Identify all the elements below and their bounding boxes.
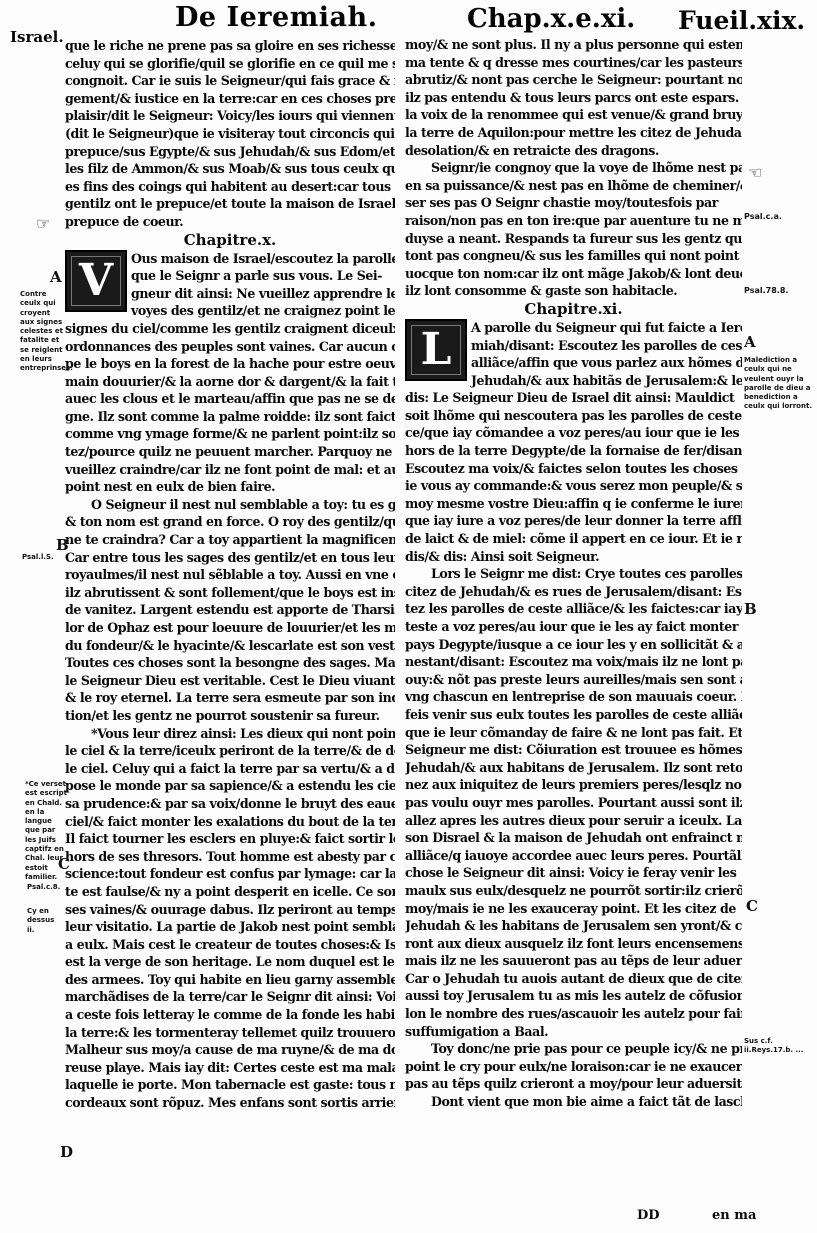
text-line: Toy donc/ne prie pas pour ce peuple icy/…	[405, 1040, 742, 1058]
text-line: reuse playe. Mais iay dit: Certes ceste …	[65, 1059, 395, 1077]
section-marker-c: C	[746, 897, 758, 915]
text-line: ilz lont consomme & gaste son habitacle.	[405, 282, 742, 300]
text-line: de laict & de miel: cõme il appert en ce…	[405, 530, 742, 548]
text-line: alliãce/q iauoye accordee auec leurs per…	[405, 847, 742, 865]
text-line: pose le monde par sa sapience/& a estend…	[65, 777, 395, 795]
text-line: vueillez craindre/car ilz ne font point …	[65, 461, 395, 479]
text-line: point le cry pour eulx/ne loraison:car i…	[405, 1058, 742, 1076]
text-line: que iay iure a voz peres/de leur donner …	[405, 512, 742, 530]
text-line: du fondeur/& le hyacinte/& lescarlate es…	[65, 637, 395, 655]
text-line: ses vaines/& ouurage dabus. Ilz periront…	[65, 901, 395, 919]
text-line: les filz de Ammon/& sus Moab/& sus tous …	[65, 160, 395, 178]
text-line: ordonnances des peuples sont vaines. Car…	[65, 338, 395, 356]
text-line: pays Degypte/iusque a ce iour les y en s…	[405, 636, 742, 654]
text-line: main douurier/& la aorne dor & dargent/&…	[65, 373, 395, 391]
text-line: moy/& ne sont plus. Il ny a plus personn…	[405, 36, 742, 54]
text-line: te est faulse/& ny a point desperit en i…	[65, 883, 395, 901]
text-line: la terre:& les tormenteray tellemet quil…	[65, 1024, 395, 1042]
text-line: son Disrael & la maison de Jehudah ont e…	[405, 829, 742, 847]
text-line: desolation/& en retraicte des dragons.	[405, 142, 742, 160]
text-line: des armees. Toy qui habite en lieu garny…	[65, 971, 395, 989]
text-line: *Vous leur direz ainsi: Les dieux qui no…	[65, 725, 395, 743]
text-line: lor de Ophaz est pour loeuure de louurie…	[65, 619, 395, 637]
text-line: dis: Le Seigneur Dieu de Israel dit ains…	[405, 389, 742, 407]
chapter-range: Chap.x.e.xi.	[467, 4, 635, 34]
text-line: es fins des coings qui habitent au deser…	[65, 178, 395, 196]
manicule-pointing-hand-icon: ☜	[748, 163, 762, 182]
text-line: que ie leur cõmanday de faire & ne lont …	[405, 724, 742, 742]
text-line: ie vous ay commande:& vous serez mon peu…	[405, 477, 742, 495]
text-line: feis venir sus eulx toutes les parolles …	[405, 706, 742, 724]
text-line: aussi toy Jerusalem tu as mis les autelz…	[405, 987, 742, 1005]
text-line: gne. Ilz sont comme la palme roidde: ilz…	[65, 408, 395, 426]
text-line: ser ses pas O Seignr chastie moy/toutesf…	[405, 194, 742, 212]
text-line: Lors le Seignr me dist: Crye toutes ces …	[405, 565, 742, 583]
text-line: science:tout fondeur est confus par lyma…	[65, 865, 395, 883]
text-line: marchãdises de la terre/car le Seignr di…	[65, 988, 395, 1006]
text-line: congnoit. Car ie suis le Seigneur/qui fa…	[65, 72, 395, 90]
text-line: cordeaux sont rõpuz. Mes enfans sont sor…	[65, 1094, 395, 1112]
running-title: De Ieremiah.	[175, 2, 378, 33]
text-line: lon le nombre des rues/ascauoir les aute…	[405, 1005, 742, 1023]
right-column: moy/& ne sont plus. Il ny a plus personn…	[405, 36, 742, 1111]
text-line: pe le boys en la forest de la hache pour…	[65, 355, 395, 373]
section-marker-b: B	[744, 600, 757, 618]
text-line: prepuce de coeur.	[65, 213, 395, 231]
chapter-heading-x: Chapitre.x.	[65, 231, 395, 250]
text-line: (dit le Seigneur)que ie visiteray tout c…	[65, 125, 395, 143]
margin-note: Malediction a ceulx qui ne veulent ouyr …	[744, 356, 814, 412]
text-line: & le roy eternel. La terre sera esmeute …	[65, 689, 395, 707]
text-line: uocque ton nom:car ilz ont mãge Jakob/& …	[405, 265, 742, 283]
text-line: allez apres les autres dieux pour seruir…	[405, 812, 742, 830]
text-line: le ciel. Celuy qui a faict la terre par …	[65, 760, 395, 778]
text-line: teste a voz peres/au iour que ie les ay …	[405, 618, 742, 636]
text-line: Malheur sus moy/a cause de ma ruyne/& de…	[65, 1041, 395, 1059]
text-line: Jehudah/& aux habitans de Jerusalem. Ilz…	[405, 759, 742, 777]
text-line: est la verge de son heritage. Le nom duq…	[65, 953, 395, 971]
folio-number: Fueil.xix.	[678, 6, 805, 35]
text-line: tion/et les gentz ne pourrot soustenir s…	[65, 707, 395, 725]
text-line: nestant/disant: Escoutez ma voix/mais il…	[405, 653, 742, 671]
text-line: signes du ciel/comme les gentilz craigne…	[65, 320, 395, 338]
text-line: sa prudence:& par sa voix/donne le bruyt…	[65, 795, 395, 813]
chapter-heading-xi: Chapitre.xi.	[405, 300, 742, 319]
text-line: mais ilz ne les sauueront pas au tẽps de…	[405, 952, 742, 970]
text-line: raison/non pas en ton ire:que par auentu…	[405, 212, 742, 230]
text-line: celuy qui se glorifie/quil se glorifie e…	[65, 55, 395, 73]
text-line: citez de Jehudah/& es rues de Jerusalem/…	[405, 583, 742, 601]
text-line: Seigneur me dist: Cõiuration est trouuee…	[405, 741, 742, 759]
section-marker-a: A	[744, 333, 756, 351]
margin-note: Psal.78.8.	[744, 286, 804, 295]
text-line: maulx sus eulx/desquelz ne pourrõt sorti…	[405, 882, 742, 900]
signature-mark: DD	[637, 1208, 660, 1223]
text-line: duyse a neant. Respands ta fureur sus le…	[405, 230, 742, 248]
text-line: que le riche ne prene pas sa gloire en s…	[65, 37, 395, 55]
decorated-initial-l: L	[405, 319, 467, 381]
text-line: hors de la terre Degypte/de la fornaise …	[405, 442, 742, 460]
margin-note: Sus c.f. ii.Reys.17.b. ...	[744, 1037, 804, 1056]
margin-note: Psal.c.8.	[27, 883, 63, 892]
text-line: vng chascun en lentreprise de son mauuai…	[405, 688, 742, 706]
text-line: gentilz ont le prepuce/et toute la maiso…	[65, 195, 395, 213]
text-line: tont pas congneu/& sus les familles qui …	[405, 247, 742, 265]
text-line: Escoutez ma voix/& faictes selon toutes …	[405, 460, 742, 478]
margin-note: Cy en dessus ii.	[27, 907, 63, 935]
text-line: laquelle ie porte. Mon tabernacle est ga…	[65, 1076, 395, 1094]
text-line: Il faict tourner les esclers en pluye:& …	[65, 830, 395, 848]
text-line: Car o Jehudah tu auois autant de dieux q…	[405, 970, 742, 988]
left-column: que le riche ne prene pas sa gloire en s…	[65, 37, 395, 1112]
section-marker-c: C	[58, 855, 70, 873]
dropcap-paragraph: L A parolle du Seigneur qui fut faicte a…	[405, 319, 742, 389]
text-line: leur visitatio. La partie de Jakob nest …	[65, 918, 395, 936]
text-line: le Seigneur Dieu est veritable. Cest le …	[65, 672, 395, 690]
margin-note: Psal.c.a.	[744, 212, 804, 221]
text-line: point nest en eulx de bien faire.	[65, 478, 395, 496]
text-line: gement/& iustice en la terre:car en ces …	[65, 90, 395, 108]
text-line: plaisir/dit le Seigneur: Voicy/les iours…	[65, 107, 395, 125]
text-line: la voix de la renommee qui est venue/& g…	[405, 106, 742, 124]
text-line: la terre de Aquilon:pour mettre les cite…	[405, 124, 742, 142]
text-line: ilz pas entendu & tous leurs parcs ont e…	[405, 89, 742, 107]
text-line: a ceste fois letteray le comme de la fon…	[65, 1006, 395, 1024]
text-line: O Seigneur il nest nul semblable a toy: …	[65, 496, 395, 514]
text-line: abrutiz/& nont pas cerche le Seigneur: p…	[405, 71, 742, 89]
text-line: Toutes ces choses sont la besongne des s…	[65, 654, 395, 672]
margin-note: Contre ceulx qui croyent aux signes cele…	[20, 290, 64, 374]
text-line: ouy:& nõt pas preste leurs aureilles/mai…	[405, 671, 742, 689]
text-line: Seignr/ie congnoy que la voye de lhõme n…	[405, 159, 742, 177]
text-line: suffumigation a Baal.	[405, 1023, 742, 1041]
text-line: dis/& dis: Ainsi soit Seigneur.	[405, 548, 742, 566]
text-line: comme vng ymage forme/& ne parlent point…	[65, 425, 395, 443]
decorated-initial-v: V	[65, 250, 127, 312]
book-page: Israel. De Ieremiah. Chap.x.e.xi. Fueil.…	[0, 0, 817, 1233]
text-line: ciel/& faict monter les exalations du bo…	[65, 813, 395, 831]
catchword: en ma	[712, 1208, 756, 1223]
dropcap-paragraph: V Ous maison de Israel/escoutez la parol…	[65, 250, 395, 320]
text-line: & ton nom est grand en force. O roy des …	[65, 513, 395, 531]
manicule-pointing-hand-icon: ☞	[36, 214, 50, 233]
margin-note: Psal.l.S.	[22, 553, 66, 562]
section-marker-b: B	[56, 536, 69, 554]
text-line: a eulx. Mais cest le createur de toutes …	[65, 936, 395, 954]
text-line: prepuce/sus Egypte/& sus Jehudah/& sus E…	[65, 143, 395, 161]
text-line: ce/que iay cõmandee a voz peres/au iour …	[405, 424, 742, 442]
text-line: auec les clous et le marteau/affin que p…	[65, 390, 395, 408]
text-line: Dont vient que mon bie aime a faict tãt …	[405, 1093, 742, 1111]
text-line: ront aux dieux ausquelz ilz font leurs e…	[405, 935, 742, 953]
text-line: Jehudah & les habitans de Jerusalem sen …	[405, 917, 742, 935]
text-line: tez/pource quilz ne peuuent marcher. Par…	[65, 443, 395, 461]
margin-heading-israel: Israel.	[10, 28, 64, 46]
text-line: soit lhõme qui nescoutera pas les paroll…	[405, 407, 742, 425]
text-line: moy/mais ie ne les exauceray point. Et l…	[405, 900, 742, 918]
text-line: pas au tẽps quilz crieront a moy/pour le…	[405, 1075, 742, 1093]
text-line: tez les parolles de ceste alliãce/& les …	[405, 600, 742, 618]
text-line: de vanitez. Largent estendu est apporte …	[65, 601, 395, 619]
text-line: ilz abrutissent & sont follement/que le …	[65, 584, 395, 602]
text-line: Car entre tous les sages des gentilz/et …	[65, 549, 395, 567]
text-line: pas voulu ouyr mes parolles. Pourtant au…	[405, 794, 742, 812]
text-line: royaulmes/il nest nul sẽblable a toy. Au…	[65, 566, 395, 584]
text-line: chose le Seigneur dit ainsi: Voicy ie fe…	[405, 864, 742, 882]
text-line: nez aux iniquitez de leurs premiers pere…	[405, 776, 742, 794]
text-line: le ciel & la terre/iceulx periront de la…	[65, 742, 395, 760]
text-line: ma tente & q dresse mes courtines/car le…	[405, 54, 742, 72]
section-marker-d: D	[60, 1143, 73, 1161]
text-line: moy mesme vostre Dieu:affin q ie conferm…	[405, 495, 742, 513]
text-line: en sa puissance/& nest pas en lhõme de c…	[405, 177, 742, 195]
text-line: hors de ses thresors. Tout homme est abe…	[65, 848, 395, 866]
text-line: ne te craindra? Car a toy appartient la …	[65, 531, 395, 549]
section-marker-a: A	[50, 268, 62, 286]
